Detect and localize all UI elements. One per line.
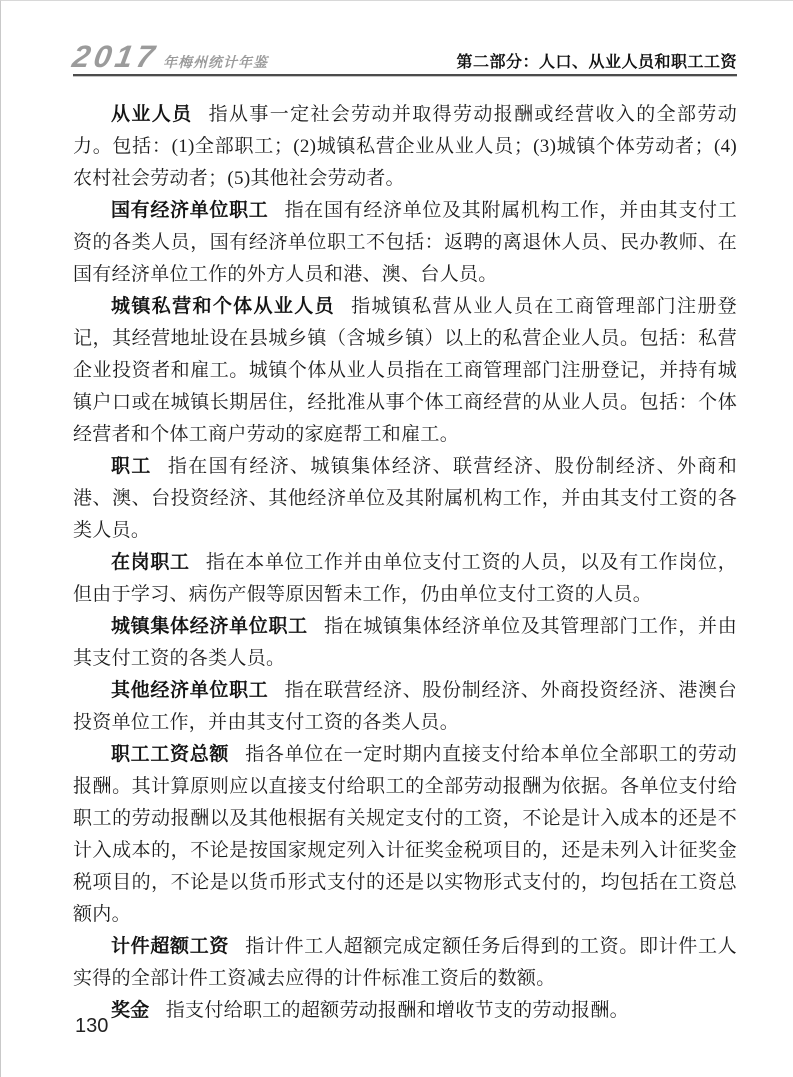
term-definition: 指城镇私营从业人员在工商管理部门注册登记，其经营地址设在县城乡镇（含城乡镇）以上… <box>73 296 737 445</box>
term-label: 职工 <box>111 456 152 477</box>
definition-paragraph: 城镇私营和个体从业人员指城镇私营从业人员在工商管理部门注册登记，其经营地址设在县… <box>73 291 737 451</box>
term-label: 从业人员 <box>111 104 192 125</box>
yearbook-logo: 2017年梅州统计年鉴 <box>73 41 268 72</box>
page-header: 2017年梅州统计年鉴 第二部分：人口、从业人员和职工工资 <box>73 37 737 75</box>
header-divider <box>73 74 737 77</box>
term-label: 在岗职工 <box>111 552 190 573</box>
section-title: 第二部分：人口、从业人员和职工工资 <box>456 55 737 71</box>
definition-paragraph: 在岗职工指在本单位工作并由单位支付工资的人员，以及有工作岗位，但由于学习、病伤产… <box>73 547 737 611</box>
term-label: 城镇集体经济单位职工 <box>111 616 308 637</box>
term-label: 其他经济单位职工 <box>111 680 268 701</box>
yearbook-page: 2017年梅州统计年鉴 第二部分：人口、从业人员和职工工资 从业人员指从事一定社… <box>0 0 793 1077</box>
term-label: 计件超额工资 <box>111 936 229 957</box>
term-label: 城镇私营和个体从业人员 <box>111 296 335 317</box>
yearbook-year-label: 2017 <box>70 41 160 72</box>
term-definition: 指支付给职工的超额劳动报酬和增收节支的劳动报酬。 <box>166 1000 629 1021</box>
definitions-body: 从业人员指从事一定社会劳动并取得劳动报酬或经营收入的全部劳动力。包括：(1)全部… <box>73 99 737 1027</box>
term-definition: 指各单位在一定时期内直接支付给本单位全部职工的劳动报酬。其计算原则应以直接支付给… <box>73 744 737 925</box>
term-definition: 指在国有经济、城镇集体经济、联营经济、股份制经济、外商和港、澳、台投资经济、其他… <box>73 456 737 541</box>
yearbook-title-label: 年梅州统计年鉴 <box>163 55 268 69</box>
definition-paragraph: 职工工资总额指各单位在一定时期内直接支付给本单位全部职工的劳动报酬。其计算原则应… <box>73 739 737 931</box>
definition-paragraph: 从业人员指从事一定社会劳动并取得劳动报酬或经营收入的全部劳动力。包括：(1)全部… <box>73 99 737 195</box>
definition-paragraph: 计件超额工资指计件工人超额完成定额任务后得到的工资。即计件工人实得的全部计件工资… <box>73 931 737 995</box>
definition-paragraph: 职工指在国有经济、城镇集体经济、联营经济、股份制经济、外商和港、澳、台投资经济、… <box>73 451 737 547</box>
term-label: 国有经济单位职工 <box>111 200 268 221</box>
definition-paragraph: 城镇集体经济单位职工指在城镇集体经济单位及其管理部门工作，并由其支付工资的各类人… <box>73 611 737 675</box>
page-number: 130 <box>75 1016 108 1036</box>
definition-paragraph: 国有经济单位职工指在国有经济单位及其附属机构工作，并由其支付工资的各类人员，国有… <box>73 195 737 291</box>
definition-paragraph: 奖金指支付给职工的超额劳动报酬和增收节支的劳动报酬。 <box>73 995 737 1027</box>
definition-paragraph: 其他经济单位职工指在联营经济、股份制经济、外商投资经济、港澳台投资单位工作，并由… <box>73 675 737 739</box>
term-label: 奖金 <box>111 1000 150 1021</box>
term-label: 职工工资总额 <box>111 744 229 765</box>
